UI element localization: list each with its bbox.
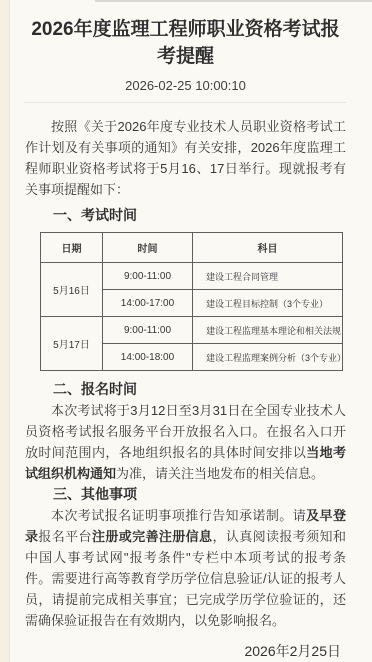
exam-date-cell: 5月17日 xyxy=(41,317,103,371)
section-heading-other: 三、其他事项 xyxy=(25,484,346,505)
exam-time-cell: 14:00-18:00 xyxy=(103,344,193,371)
exam-subject-cell: 建设工程监理基本理论和相关法规 xyxy=(193,317,343,344)
exam-schedule-table: 日期 时间 科目 5月16日 9:00-11:00 建设工程合同管理 14:00… xyxy=(40,232,343,371)
table-header-date: 日期 xyxy=(41,233,103,263)
signature-date: 2026年2月25日 xyxy=(25,641,341,662)
exam-subject-cell: 建设工程合同管理 xyxy=(193,263,343,290)
exam-date-cell: 5月16日 xyxy=(41,263,103,317)
exam-time-cell: 9:00-11:00 xyxy=(103,263,193,290)
intro-paragraph: 按照《关于2026年度专业技术人员职业资格考试工作计划及有关事项的通知》有关安排… xyxy=(25,116,346,200)
notice-document: 2026年度监理工程师职业资格考试报考提醒 2026-02-25 10:00:1… xyxy=(0,0,372,662)
publish-datetime: 2026-02-25 10:00:10 xyxy=(25,77,346,95)
page-title: 2026年度监理工程师职业资格考试报考提醒 xyxy=(26,0,346,70)
table-header-row: 日期 时间 科目 xyxy=(41,233,343,263)
exam-time-cell: 9:00-11:00 xyxy=(103,317,193,344)
registration-paragraph: 本次考试将于3月12日至3月31日在全国专业技术人员资格考试报名服务平台开放报名… xyxy=(25,400,346,484)
exam-subject-cell: 建设工程监理案例分析（3个专业） xyxy=(193,344,343,371)
other-paragraph: 本次考试报名证明事项推行告知承诺制。请及早登录报名平台注册或完善注册信息，认真阅… xyxy=(25,505,346,631)
header-divider xyxy=(24,102,346,103)
table-row: 5月16日 9:00-11:00 建设工程合同管理 xyxy=(41,263,343,290)
exam-subject-cell: 建设工程目标控制（3个专业） xyxy=(193,290,343,317)
table-header-subject: 科目 xyxy=(193,233,343,263)
section-heading-exam-time: 一、考试时间 xyxy=(25,205,346,226)
table-row: 5月17日 9:00-11:00 建设工程监理基本理论和相关法规 xyxy=(41,317,343,344)
table-header-time: 时间 xyxy=(103,233,193,263)
section-heading-registration: 二、报名时间 xyxy=(25,379,346,400)
exam-time-cell: 14:00-17:00 xyxy=(103,290,193,317)
